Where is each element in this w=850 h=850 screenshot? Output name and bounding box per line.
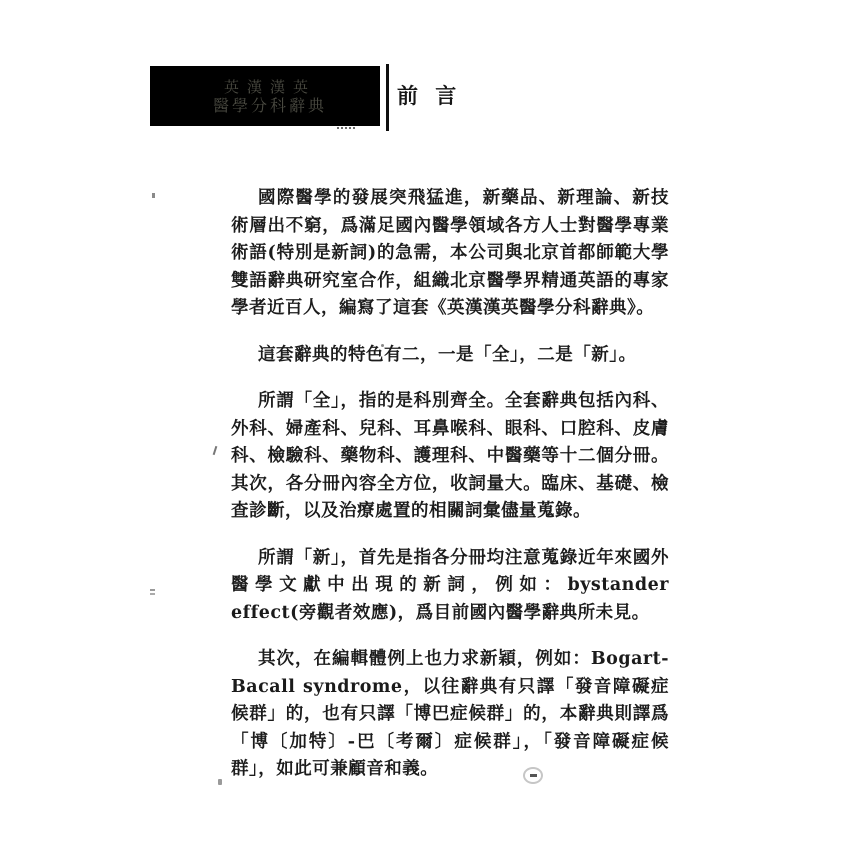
paragraph: 所謂「新」，首先是指各分冊均注意蒐錄近年來國外醫學文獻中出現的新詞，例如：bys… — [231, 545, 669, 628]
scan-speck — [152, 193, 155, 198]
page-title: 前 言 — [397, 80, 461, 110]
paragraph: 這套辭典的特色有二，一是「全」，二是「新」。 — [231, 342, 669, 370]
book-title-box: 英漢漢英 醫學分科辭典 — [150, 66, 380, 126]
paragraph: 國際醫學的發展突飛猛進，新藥品、新理論、新技術層出不窮，爲滿足國內醫學領域各方人… — [231, 185, 669, 323]
book-title-line2: 醫學分科辭典 — [213, 96, 327, 115]
scanned-book-page: 英漢漢英 醫學分科辭典 前 言 國際醫學的發展突飛猛進，新藥品、新理論、新技術層… — [0, 0, 850, 850]
scan-speck — [218, 779, 222, 785]
scan-smudge — [523, 767, 543, 784]
book-title-line1: 英漢漢英 — [224, 78, 316, 96]
scan-speck — [213, 446, 218, 455]
scan-speck — [150, 589, 155, 591]
scan-dash-marks — [337, 127, 355, 129]
preface-body: 國際醫學的發展突飛猛進，新藥品、新理論、新技術層出不窮，爲滿足國內醫學領域各方人… — [231, 185, 669, 803]
paragraph: 所謂「全」，指的是科別齊全。全套辭典包括內科、外科、婦產科、兒科、耳鼻喉科、眼科… — [231, 388, 669, 526]
scan-speck — [381, 344, 384, 347]
paragraph: 其次，在編輯體例上也力求新穎，例如：Bogart-Bacall syndrome… — [231, 646, 669, 784]
header-divider-rule — [386, 64, 389, 131]
